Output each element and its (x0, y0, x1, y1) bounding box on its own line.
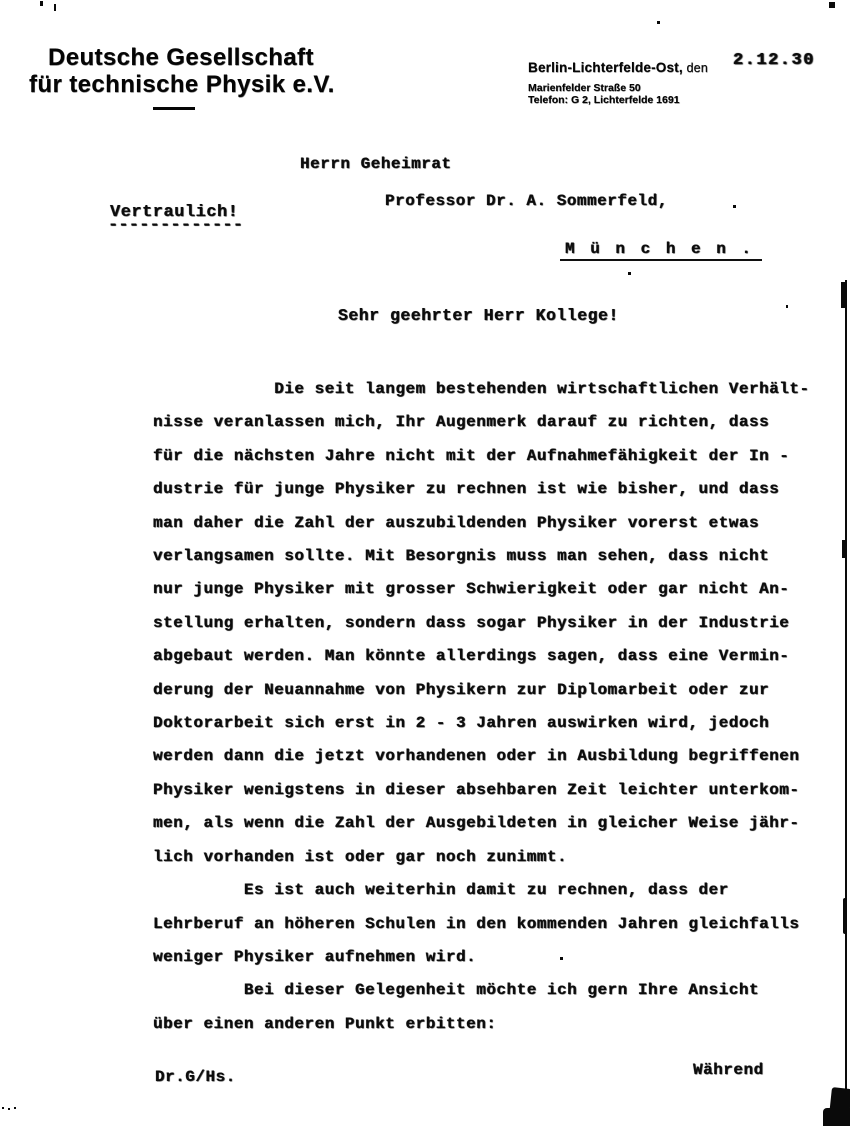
body-line: Bei dieser Gelegenheit möchte ich gern I… (153, 974, 833, 1007)
reference-initials: Dr.G/Hs. (155, 1068, 236, 1086)
letter-body: Die seit langem bestehenden wirtschaftli… (153, 373, 833, 1041)
body-line: Doktorarbeit sich erst in 2 - 3 Jahren a… (153, 707, 833, 740)
body-line: nur junge Physiker mit grosser Schwierig… (153, 573, 833, 606)
recipient-city: M ü n c h e n . (560, 240, 762, 261)
scan-artifact (40, 1, 43, 6)
org-name-line2: für technische Physik e.V. (29, 71, 335, 99)
scan-artifact (2, 1107, 4, 1109)
scan-artifact (8, 1108, 10, 1110)
phone-line: Telefon: G 2, Lichterfelde 1691 (528, 94, 680, 106)
scan-artifact (733, 205, 736, 208)
body-line: für die nächsten Jahre nicht mit der Auf… (153, 440, 833, 473)
body-line: stellung erhalten, sondern dass sogar Ph… (153, 607, 833, 640)
scan-artifact (628, 272, 631, 275)
scan-artifact (823, 1108, 850, 1126)
place-name: Berlin-Lichterfelde-Ost, (528, 60, 683, 75)
recipient-name-line: Professor Dr. A. Sommerfeld, (385, 192, 668, 210)
body-line: lich vorhanden ist oder gar noch zunimmt… (153, 841, 833, 874)
scan-artifact (786, 305, 788, 308)
date-prefix: den (683, 61, 708, 75)
typed-date: 2.12.30 (733, 51, 815, 70)
body-line: über einen anderen Punkt erbitten: (153, 1008, 833, 1041)
scan-artifact (54, 4, 56, 11)
street-address: Marienfelder Straße 50 (528, 82, 641, 94)
scan-artifact-binding-edge (845, 280, 847, 1126)
catchword: Während (693, 1061, 764, 1079)
body-line: verlangsamen sollte. Mit Besorgnis muss … (153, 540, 833, 573)
salutation: Sehr geehrter Herr Kollege! (338, 306, 619, 325)
recipient-honorific-line: Herrn Geheimrat (300, 155, 452, 173)
letterhead-rule (153, 107, 195, 110)
body-line: men, als wenn die Zahl der Ausgebildeten… (153, 807, 833, 840)
org-name-line1: Deutsche Gesellschaft (48, 44, 314, 72)
body-line: nisse veranlassen mich, Ihr Augenmerk da… (153, 406, 833, 439)
scan-artifact (560, 957, 563, 960)
scan-artifact (657, 21, 660, 24)
confidential-underline: ------------- (108, 219, 243, 233)
body-line: man daher die Zahl der auszubildenden Ph… (153, 507, 833, 540)
body-line: weniger Physiker aufnehmen wird. (153, 941, 833, 974)
scan-artifact (841, 282, 845, 308)
body-line: Die seit langem bestehenden wirtschaftli… (153, 373, 833, 406)
body-line: Physiker wenigstens in dieser absehbaren… (153, 774, 833, 807)
body-line: werden dann die jetzt vorhandenen oder i… (153, 740, 833, 773)
scan-artifact (829, 2, 835, 8)
body-line: Lehrberuf an höheren Schulen in den komm… (153, 908, 833, 941)
place-date-line: Berlin-Lichterfelde-Ost, den (528, 60, 708, 75)
scan-artifact (14, 1107, 16, 1109)
body-line: dustrie für junge Physiker zu rechnen is… (153, 473, 833, 506)
scan-artifact (843, 898, 847, 934)
body-line: derung der Neuannahme von Physikern zur … (153, 674, 833, 707)
scan-artifact (842, 540, 846, 558)
body-line: Es ist auch weiterhin damit zu rechnen, … (153, 874, 833, 907)
body-line: abgebaut werden. Man könnte allerdings s… (153, 640, 833, 673)
